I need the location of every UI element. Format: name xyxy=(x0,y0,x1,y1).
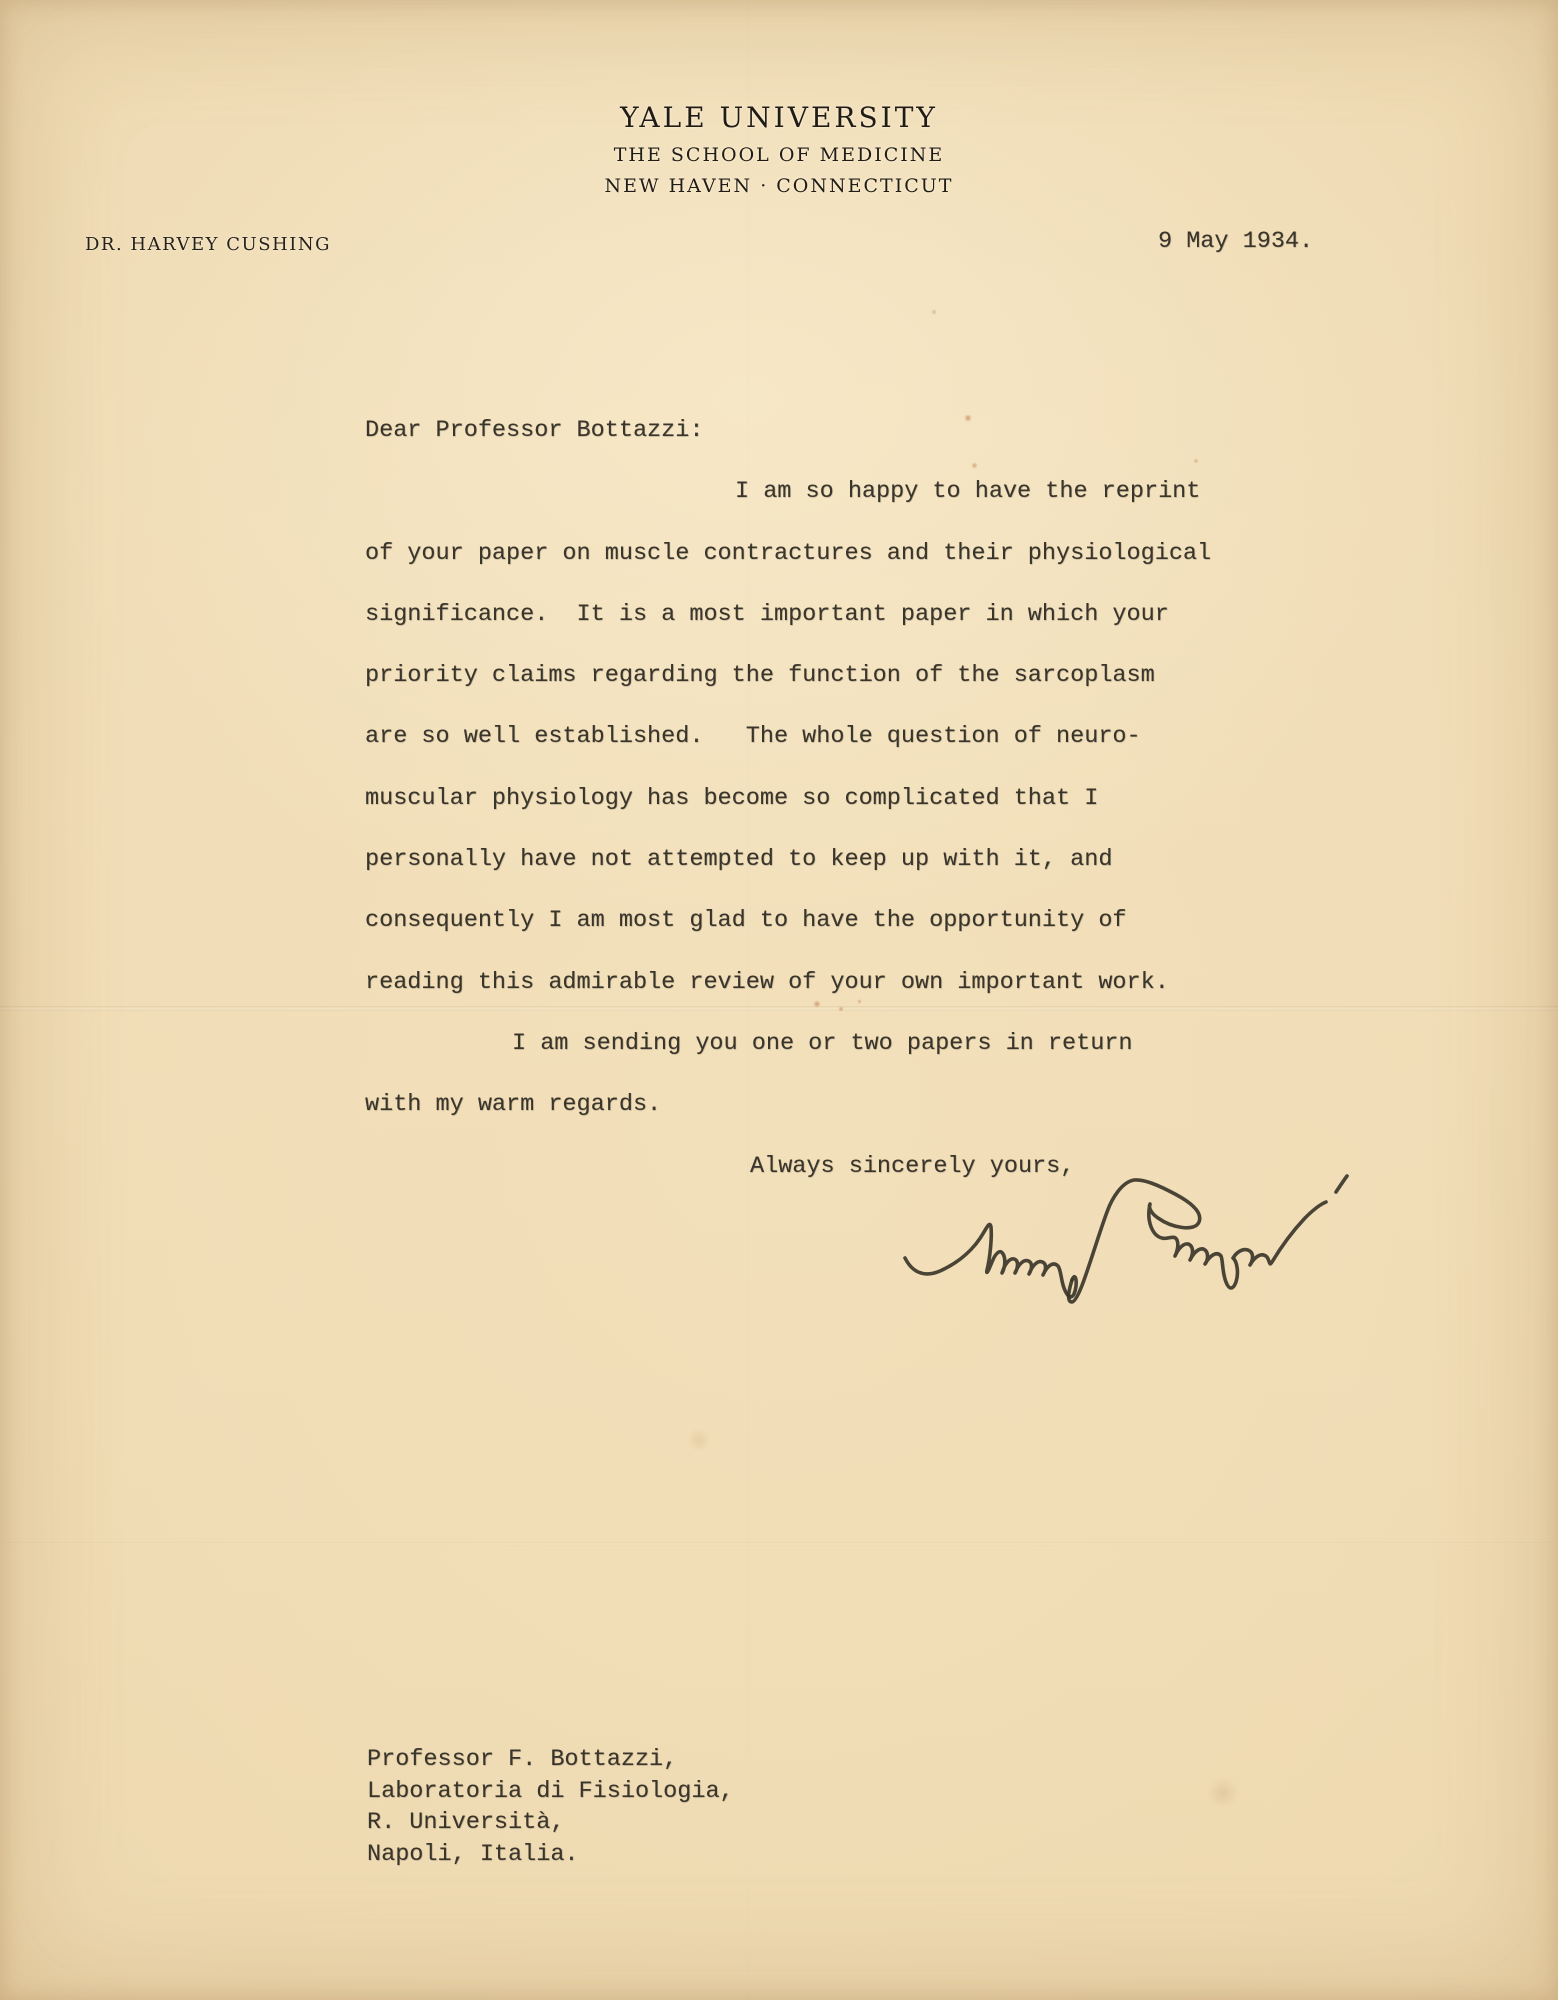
letter-line: of your paper on muscle contractures and… xyxy=(365,523,1211,584)
letter-page: YALE UNIVERSITY THE SCHOOL OF MEDICINE N… xyxy=(0,0,1558,2000)
letterhead-school: THE SCHOOL OF MEDICINE xyxy=(0,144,1558,166)
letter-line: with my warm regards. xyxy=(365,1074,1211,1135)
recipient-line: Professor F. Bottazzi, xyxy=(367,1744,734,1776)
recipient-line: Laboratoria di Fisiologia, xyxy=(367,1776,734,1808)
signature-handwriting xyxy=(660,1130,1360,1320)
sender-name: DR. HARVEY CUSHING xyxy=(85,234,331,255)
recipient-line: Napoli, Italia. xyxy=(367,1839,734,1871)
letter-line: significance. It is a most important pap… xyxy=(365,584,1211,645)
foxing-spot xyxy=(931,309,937,315)
letter-line: Dear Professor Bottazzi: xyxy=(365,400,1211,461)
letterhead-location: NEW HAVEN · CONNECTICUT xyxy=(0,175,1558,197)
letter-line: muscular physiology has become so compli… xyxy=(365,768,1211,829)
letter-line: priority claims regarding the function o… xyxy=(365,645,1211,706)
letter-line: are so well established. The whole quest… xyxy=(365,706,1211,767)
letter-line: reading this admirable review of your ow… xyxy=(365,952,1211,1013)
paper-smudge xyxy=(686,1428,712,1452)
letter-line: I am so happy to have the reprint xyxy=(365,461,1211,522)
recipient-address: Professor F. Bottazzi,Laboratoria di Fis… xyxy=(367,1744,734,1870)
letter-body: Dear Professor Bottazzi:I am so happy to… xyxy=(365,400,1211,1197)
letterhead-university: YALE UNIVERSITY xyxy=(0,101,1558,134)
letter-line: consequently I am most glad to have the … xyxy=(365,890,1211,951)
recipient-line: R. Università, xyxy=(367,1807,734,1839)
letter-date: 9 May 1934. xyxy=(1158,228,1313,255)
letter-line: I am sending you one or two papers in re… xyxy=(365,1013,1211,1074)
paper-smudge xyxy=(1206,1778,1240,1808)
horizontal-fold-crease-lower xyxy=(0,1542,1558,1546)
letter-line: personally have not attempted to keep up… xyxy=(365,829,1211,890)
